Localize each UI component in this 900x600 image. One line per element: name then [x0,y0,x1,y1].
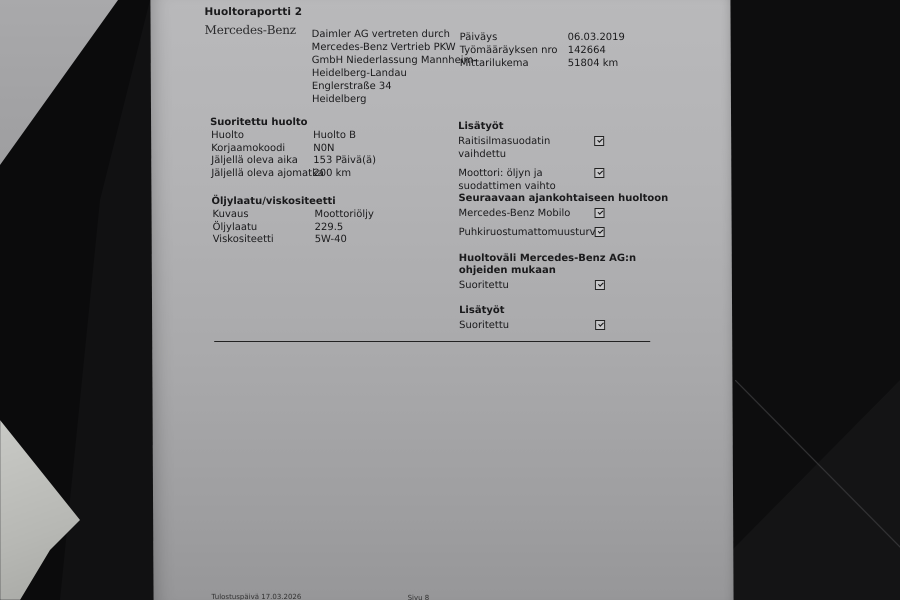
check-item: Raitisilmasuodatin vaihdettu [458,135,608,161]
kv-value: 5W-40 [315,234,347,247]
meta-label: Työmääräyksen nro [460,44,568,57]
meta-row-date: Päiväys 06.03.2019 [460,31,625,44]
additional-work-2-section: Lisätyöt Suoritettu [459,305,609,338]
kv-label: Öljylaatu [212,222,315,235]
address-line: Heidelberg-Landau [312,67,477,80]
meta-value: 51804 km [568,57,619,70]
address-line: Mercedes-Benz Vertrieb PKW [312,41,477,54]
kv-row: Jäljellä oleva aika 153 Päivä(ä) [210,155,376,168]
additional-work-section: Lisätyöt Raitisilmasuodatin vaihdettu Mo… [458,121,608,199]
kv-value: 200 km [313,168,351,181]
photo-scene: Huoltoraportti 2 Mercedes-Benz Daimler A… [0,0,900,600]
dealer-address: Daimler AG vertreten durch Mercedes-Benz… [312,28,478,106]
kv-value: N0N [313,143,334,156]
kv-label: Huolto [210,130,313,143]
kv-label: Viskositeetti [212,234,315,247]
kv-row: Korjaamokoodi N0N [210,143,376,156]
section-heading: Seuraavaan ajankohtaiseen huoltoon [458,193,608,205]
kv-value: 153 Päivä(ä) [313,155,376,168]
checked-checkbox-icon [595,280,605,290]
check-item-label: Mercedes-Benz Mobilo [459,207,579,220]
check-item-label: Suoritettu [459,279,609,292]
meta-value: 142664 [568,44,606,57]
section-heading: Huoltoväli Mercedes-Benz AG:n ohjeiden m… [459,253,639,277]
kv-label: Jäljellä oleva ajomatka [210,168,313,181]
check-item-label: Raitisilmasuodatin vaihdettu [458,135,578,161]
check-item-label: Puhkiruostumattomuusturva [459,226,579,239]
checked-checkbox-icon [594,168,604,178]
next-service-section: Seuraavaan ajankohtaiseen huoltoon Merce… [458,193,608,245]
kv-row: Kuvaus Moottoriöljy [212,209,374,222]
kv-label: Kuvaus [212,209,315,222]
check-item-label: Moottori: öljyn ja suodattimen vaihto [458,167,578,193]
performed-service-section: Suoritettu huolto Huolto Huolto B Korjaa… [210,117,376,180]
section-divider [214,341,650,342]
checked-checkbox-icon [595,320,605,330]
address-line: Heidelberg [312,93,477,106]
meta-value: 06.03.2019 [568,31,625,44]
meta-row-work-order: Työmääräyksen nro 142664 [460,44,625,57]
meta-label: Päiväys [460,31,568,44]
service-interval-section: Huoltoväli Mercedes-Benz AG:n ohjeiden m… [459,253,639,298]
check-item: Puhkiruostumattomuusturva [459,226,609,239]
meta-row-odometer: Mittarilukema 51804 km [460,57,625,70]
section-heading: Lisätyöt [458,121,608,133]
address-line: Daimler AG vertreten durch [312,28,477,41]
address-line: Englerstraße 34 [312,80,477,93]
kv-value: Huolto B [313,130,356,143]
page-number: Sivu 8 [408,594,430,600]
section-heading: Suoritettu huolto [210,117,376,128]
service-report-page: Huoltoraportti 2 Mercedes-Benz Daimler A… [150,0,733,600]
checked-checkbox-icon [594,136,604,146]
kv-value: Moottoriöljy [315,209,374,222]
check-item: Suoritettu [459,279,639,292]
section-heading: Lisätyöt [459,305,609,317]
check-item: Mercedes-Benz Mobilo [459,207,609,220]
report-title: Huoltoraportti 2 [204,6,302,18]
address-line: GmbH Niederlassung Mannheim- [312,54,477,67]
kv-row: Viskositeetti 5W-40 [212,234,374,247]
checked-checkbox-icon [595,208,605,218]
kv-row: Huolto Huolto B [210,130,376,143]
check-item: Suoritettu [459,319,609,332]
meta-label: Mittarilukema [460,57,568,70]
print-date: Tulostuspäivä 17.03.2026 [212,593,302,600]
oil-section: Öljylaatu/viskositeetti Kuvaus Moottoriö… [211,196,374,247]
check-item-label: Suoritettu [459,319,579,332]
kv-label: Korjaamokoodi [210,143,313,156]
brand-logo-text: Mercedes-Benz [205,23,296,37]
kv-row: Öljylaatu 229.5 [212,222,374,235]
check-item: Moottori: öljyn ja suodattimen vaihto [458,167,608,193]
kv-label: Jäljellä oleva aika [210,155,313,168]
report-meta: Päiväys 06.03.2019 Työmääräyksen nro 142… [460,31,625,70]
checked-checkbox-icon [595,227,605,237]
kv-value: 229.5 [315,222,344,235]
kv-row: Jäljellä oleva ajomatka 200 km [210,168,376,181]
section-heading: Öljylaatu/viskositeetti [211,196,373,207]
background-edge-line [735,380,900,550]
